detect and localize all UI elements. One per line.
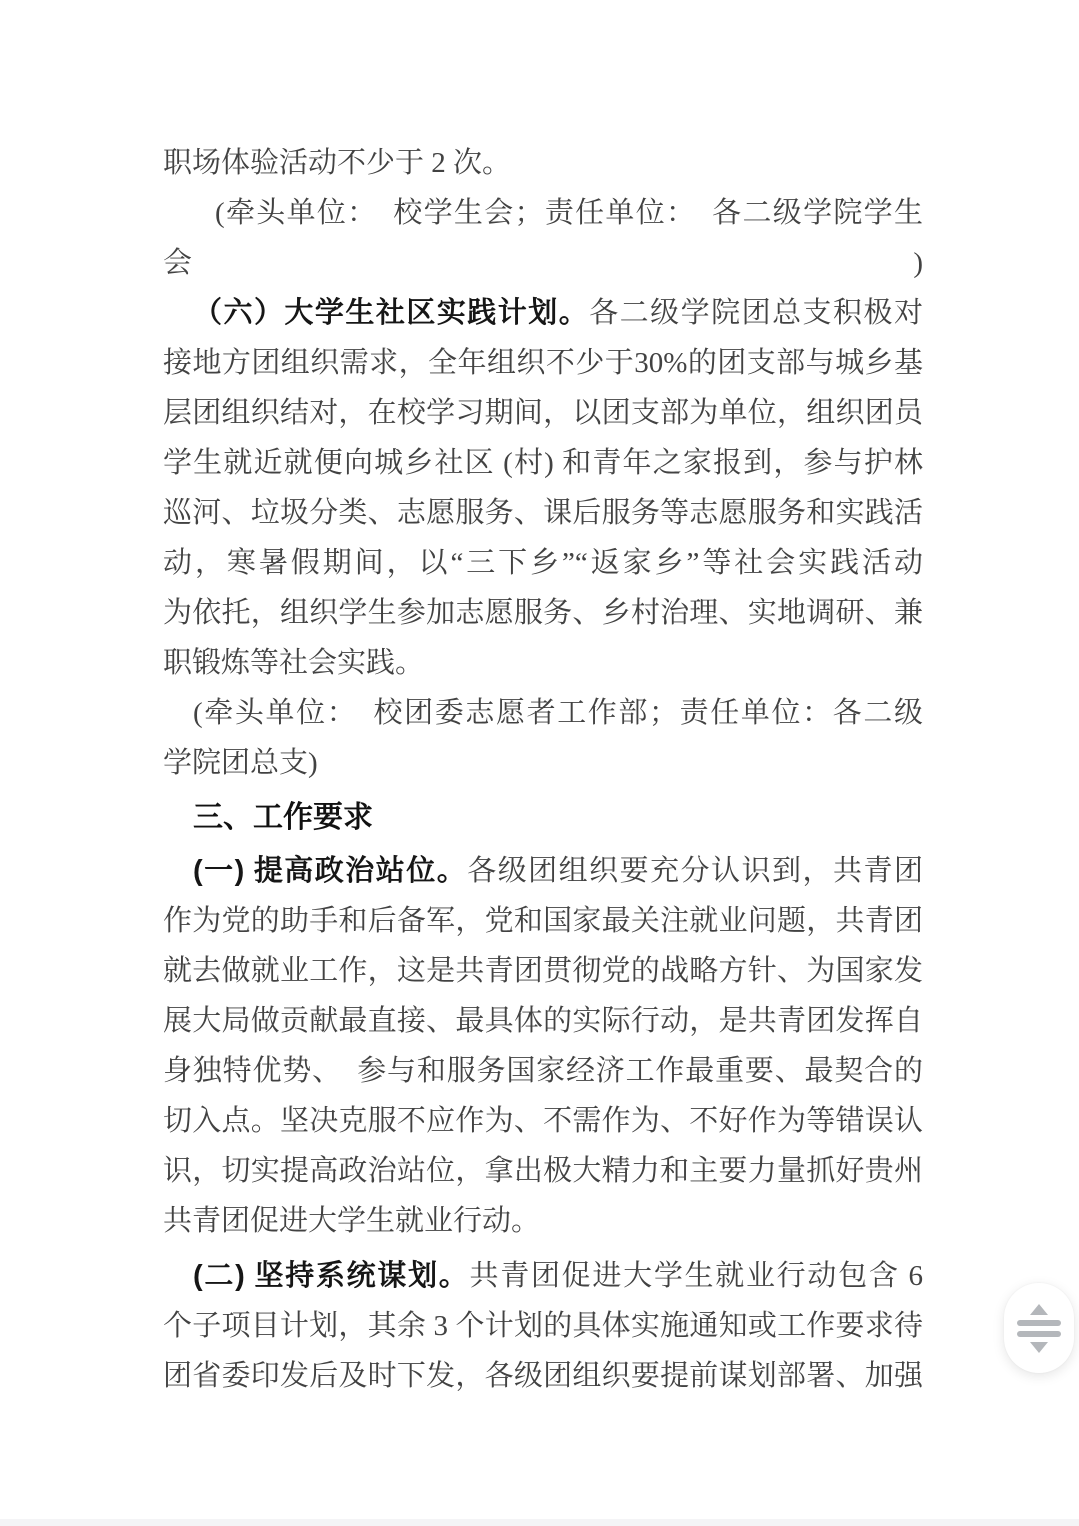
paragraph-text: 识，切实提高政治站位，拿出极大精力和主要力量抓好贵州 bbox=[163, 1155, 923, 1187]
doc-line: 职锻炼等社会实践。 bbox=[163, 638, 923, 688]
scroll-handle[interactable] bbox=[1004, 1283, 1074, 1373]
paragraph-text: 学生就近就便向城乡社区 (村) 和青年之家报到，参与护林 bbox=[163, 447, 923, 479]
doc-line: 为依托，组织学生参加志愿服务、乡村治理、实地调研、兼 bbox=[163, 588, 923, 638]
paragraph-text: 巡河、垃圾分类、志愿服务、课后服务等志愿服务和实践活 bbox=[163, 497, 923, 529]
paragraph-text: (牵头单位： 校团委志愿者工作部；责任单位：各二级 bbox=[193, 697, 923, 729]
section-heading-text: 三、工作要求 bbox=[193, 801, 373, 834]
paragraph-text: 各级团组织要充分认识到，共青团 bbox=[467, 855, 923, 887]
paragraph-text: 学院团总支) bbox=[163, 747, 318, 779]
paragraph-text: 团省委印发后及时下发，各级团组织要提前谋划部署、加强 bbox=[163, 1360, 923, 1392]
paragraph-text: 展大局做贡献最直接、最具体的实际行动，是共青团发挥自 bbox=[163, 1005, 923, 1037]
doc-line: 切入点。坚决克服不应作为、不需作为、不好作为等错误认 bbox=[163, 1096, 923, 1146]
paragraph-text: 切入点。坚决克服不应作为、不需作为、不好作为等错误认 bbox=[163, 1105, 923, 1137]
doc-line: 作为党的助手和后备军，党和国家最关注就业问题，共青团 bbox=[163, 896, 923, 946]
doc-line: (一) 提高政治站位。各级团组织要充分认识到，共青团 bbox=[163, 846, 923, 896]
page-bottom-gap bbox=[0, 1519, 1079, 1526]
drag-grip-bar-icon bbox=[1017, 1331, 1061, 1337]
doc-line: 层团组织结对，在校学习期间，以团支部为单位，组织团员 bbox=[163, 388, 923, 438]
doc-line: 接地方团组织需求，全年组织不少于30%的团支部与城乡基 bbox=[163, 338, 923, 388]
doc-line: 巡河、垃圾分类、志愿服务、课后服务等志愿服务和实践活 bbox=[163, 488, 923, 538]
paragraph-heading-text: (二) 坚持系统谋划。 bbox=[193, 1260, 470, 1292]
paragraph-text: 动，寒暑假期间，以“三下乡”“返家乡”等社会实践活动 bbox=[163, 547, 923, 579]
drag-grip-bar-icon bbox=[1017, 1320, 1061, 1326]
doc-line: 学院团总支) bbox=[163, 738, 923, 788]
doc-line: 团省委印发后及时下发，各级团组织要提前谋划部署、加强 bbox=[163, 1351, 923, 1401]
doc-line: 就去做就业工作，这是共青团贯彻党的战略方针、为国家发 bbox=[163, 946, 923, 996]
doc-line: 个子项目计划，其余 3 个计划的具体实施通知或工作要求待 bbox=[163, 1301, 923, 1351]
doc-line: 职场体验活动不少于 2 次。 bbox=[163, 138, 923, 188]
paragraph-text: 各二级学院团总支积极对 bbox=[589, 297, 923, 329]
paragraph-heading-text: (一) 提高政治站位。 bbox=[193, 855, 467, 887]
paragraph-text: 作为党的助手和后备军，党和国家最关注就业问题，共青团 bbox=[163, 905, 923, 937]
document-page: 职场体验活动不少于 2 次。 (牵头单位： 校学生会；责任单位： 各二级学院学生… bbox=[163, 138, 923, 1401]
scroll-up-icon bbox=[1030, 1304, 1048, 1315]
paragraph-text: 身独特优势、 参与和服务国家经济工作最重要、最契合的 bbox=[163, 1055, 923, 1087]
doc-line: 身独特优势、 参与和服务国家经济工作最重要、最契合的 bbox=[163, 1046, 923, 1096]
doc-line: (二) 坚持系统谋划。共青团促进大学生就业行动包含 6 bbox=[163, 1251, 923, 1301]
section-heading: 三、工作要求 bbox=[163, 793, 923, 843]
doc-line: 学生就近就便向城乡社区 (村) 和青年之家报到，参与护林 bbox=[163, 438, 923, 488]
paragraph-text: 层团组织结对，在校学习期间，以团支部为单位，组织团员 bbox=[163, 397, 923, 429]
paragraph-text: 接地方团组织需求，全年组织不少于30%的团支部与城乡基 bbox=[163, 347, 923, 379]
paragraph-text: 个子项目计划，其余 3 个计划的具体实施通知或工作要求待 bbox=[163, 1310, 923, 1342]
paragraph-text: 共青团促进大学生就业行动包含 6 bbox=[470, 1260, 923, 1292]
paragraph-text: 为依托，组织学生参加志愿服务、乡村治理、实地调研、兼 bbox=[163, 597, 923, 629]
paragraph-text: 职场体验活动不少于 2 次。 bbox=[163, 147, 511, 179]
doc-line: 动，寒暑假期间，以“三下乡”“返家乡”等社会实践活动 bbox=[163, 538, 923, 588]
paragraph-text: (牵头单位： 校学生会；责任单位： 各二级学院学生会) bbox=[163, 197, 923, 279]
doc-line: （六）大学生社区实践计划。各二级学院团总支积极对 bbox=[163, 288, 923, 338]
doc-line: 识，切实提高政治站位，拿出极大精力和主要力量抓好贵州 bbox=[163, 1146, 923, 1196]
paragraph-text: 职锻炼等社会实践。 bbox=[163, 647, 424, 679]
scroll-down-icon bbox=[1030, 1342, 1048, 1353]
doc-line: (牵头单位： 校团委志愿者工作部；责任单位：各二级 bbox=[163, 688, 923, 738]
doc-line: 共青团促进大学生就业行动。 bbox=[163, 1196, 923, 1246]
doc-line: 展大局做贡献最直接、最具体的实际行动，是共青团发挥自 bbox=[163, 996, 923, 1046]
doc-line: (牵头单位： 校学生会；责任单位： 各二级学院学生会) bbox=[163, 188, 923, 288]
paragraph-text: 就去做就业工作，这是共青团贯彻党的战略方针、为国家发 bbox=[163, 955, 923, 987]
paragraph-heading-text: （六）大学生社区实践计划。 bbox=[193, 297, 589, 329]
paragraph-text: 共青团促进大学生就业行动。 bbox=[163, 1205, 540, 1237]
